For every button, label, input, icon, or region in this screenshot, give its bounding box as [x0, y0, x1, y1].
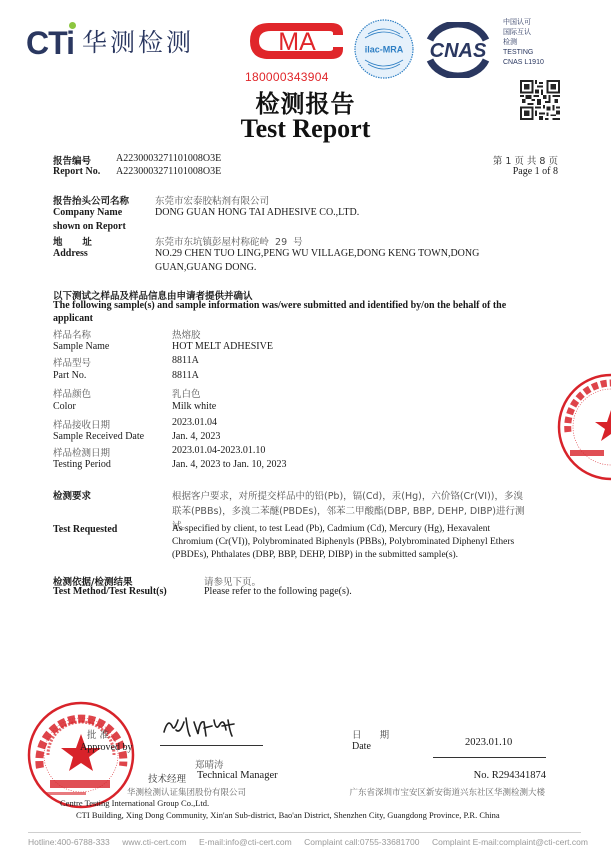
svg-text:CNAS: CNAS: [430, 40, 487, 62]
address-label-en: Address: [53, 248, 88, 259]
footer-hotline: Hotline:400-6788-333: [28, 837, 110, 847]
certificate-number: No. R294341874: [474, 770, 546, 781]
part-no-label-cn: 样品型号: [53, 355, 91, 369]
test-method-label-en: Test Method/Test Result(s): [53, 586, 167, 597]
footer-complaint-call: Complaint call:0755-33681700: [304, 837, 419, 847]
address-value-en-2: GUAN,GUANG DONG.: [155, 262, 256, 273]
cnas-side-line: 检测: [503, 38, 544, 48]
testing-period-value-en: Jan. 4, 2023 to Jan. 10, 2023: [172, 459, 286, 470]
cma-logo-icon: MA: [247, 17, 347, 65]
sample-name-value-cn: 热熔胶: [172, 327, 201, 341]
sample-intro-en-2: applicant: [53, 313, 93, 324]
report-no-value: A2230003271101008O3E: [116, 166, 221, 177]
footer-divider: [28, 832, 581, 833]
testing-period-label-cn: 样品检测日期: [53, 445, 110, 459]
test-requested-value-en-3: (PBDEs), Phthalates (DBP, BBP, DEHP, DIB…: [172, 550, 458, 560]
issuer-name-en: Centre Testing International Group Co.,L…: [60, 798, 209, 808]
sample-name-label-en: Sample Name: [53, 341, 109, 352]
test-requested-value-cn-1: 根据客户要求，对所提交样品中的铅(Pb)，镉(Cd)，汞(Hg)，六价铬(Cr(…: [172, 488, 523, 502]
report-no-value: A2230003271101008O3E: [116, 153, 221, 164]
company-value-en: DONG GUAN HONG TAI ADHESIVE CO.,LTD.: [155, 207, 359, 218]
test-requested-value-cn-2: 联苯(PBBs)，多溴二苯醚(PBDEs)，邻苯二甲酸酯(DBP, BBP, D…: [172, 503, 524, 517]
part-no-label-en: Part No.: [53, 370, 86, 381]
approved-by-label-en: Approved by: [80, 742, 133, 753]
sample-name-value-en: HOT MELT ADHESIVE: [172, 341, 273, 352]
report-no-label-en: Report No.: [53, 166, 100, 177]
test-requested-label-en: Test Requested: [53, 524, 117, 535]
company-value-cn: 东莞市宏泰胶粘剂有限公司: [155, 193, 269, 207]
inspection-seal-stamp-icon: [556, 372, 611, 482]
page-indicator-cn: 第 1 页 共 8 页: [493, 153, 558, 167]
color-label-cn: 样品颜色: [53, 386, 91, 400]
report-no-label-cn: 报告编号: [53, 153, 91, 167]
test-requested-value-en-1: As specified by client, to test Lead (Pb…: [172, 524, 490, 534]
svg-text:MA: MA: [278, 28, 316, 56]
cti-logo: CTi 华测检测: [26, 25, 194, 61]
test-method-value-en: Please refer to the following page(s).: [204, 586, 352, 597]
cti-logo-dot-icon: [69, 22, 76, 29]
report-title-en: Test Report: [0, 114, 611, 144]
signature-icon: [160, 712, 240, 742]
received-date-label-en: Sample Received Date: [53, 431, 144, 442]
footer-contact-bar: Hotline:400-6788-333 www.cti-cert.com E-…: [28, 837, 588, 847]
date-line: [433, 757, 546, 758]
part-no-value-cn: 8811A: [172, 355, 199, 366]
signature-line: [160, 745, 263, 746]
color-value-en: Milk white: [172, 401, 216, 412]
company-label-en: Company Name: [53, 207, 122, 218]
issuer-address-cn: 广东省深圳市宝安区新安街道兴东社区华测检测大楼: [349, 786, 545, 798]
issuer-name-cn: 华测检测认证集团股份有限公司: [127, 786, 246, 798]
company-seal-stamp-icon: [26, 700, 136, 810]
footer-website-link[interactable]: www.cti-cert.com: [122, 837, 186, 847]
color-value-cn: 乳白色: [172, 386, 201, 400]
approved-by-label-cn: 批 准: [87, 727, 109, 741]
approver-title-cn: 技术经理: [148, 771, 186, 785]
color-label-en: Color: [53, 401, 76, 412]
approver-title-en: Technical Manager: [197, 770, 278, 781]
footer-email-link[interactable]: E-mail:info@cti-cert.com: [199, 837, 292, 847]
cnas-side-line: 国际互认: [503, 28, 544, 38]
test-requested-value-en-2: Chromium (Cr(VI)), Polybrominated Biphen…: [172, 537, 514, 547]
cnas-logo-icon: CNAS: [422, 22, 494, 78]
received-date-label-cn: 样品接收日期: [53, 417, 110, 431]
approval-date-value: 2023.01.10: [465, 737, 512, 748]
received-date-value-en: Jan. 4, 2023: [172, 431, 220, 442]
cma-number: 180000343904: [245, 70, 329, 84]
part-no-value-en: 8811A: [172, 370, 199, 381]
cnas-side-line: TESTING: [503, 48, 544, 58]
cti-logo-cn: 华测检测: [82, 25, 194, 61]
date-label-en: Date: [352, 741, 371, 752]
issuer-address-en: CTI Building, Xing Dong Community, Xin'a…: [76, 810, 500, 820]
cnas-side-line: 中国认可: [503, 18, 544, 28]
testing-period-value-cn: 2023.01.04-2023.01.10: [172, 445, 265, 456]
testing-period-label-en: Testing Period: [53, 459, 111, 470]
address-value-cn: 东莞市东坑镇彭屋村称砣岭 29 号: [155, 234, 303, 248]
test-requested-label-cn: 检测要求: [53, 488, 91, 502]
svg-text:ilac-MRA: ilac-MRA: [365, 45, 404, 55]
footer-complaint-email-link[interactable]: Complaint E-mail:complaint@cti-cert.com: [432, 837, 588, 847]
sample-intro-en: The following sample(s) and sample infor…: [53, 300, 506, 311]
address-label-cn: 地 址: [53, 234, 92, 248]
approver-name: 郑晴涛: [195, 757, 224, 771]
received-date-value-cn: 2023.01.04: [172, 417, 217, 428]
page-indicator-en: Page 1 of 8: [513, 166, 558, 177]
cti-logo-text: CTi: [26, 25, 74, 61]
ilac-mra-logo-icon: ilac-MRA: [353, 18, 415, 80]
cnas-side-line: CNAS L1910: [503, 58, 544, 68]
company-label-en-2: shown on Report: [53, 221, 126, 232]
cnas-accreditation-text: 中国认可 国际互认 检测 TESTING CNAS L1910: [503, 18, 544, 68]
company-label-cn: 报告抬头公司名称: [53, 193, 129, 207]
date-label-cn: 日 期: [352, 727, 389, 741]
address-value-en-1: NO.29 CHEN TUO LING,PENG WU VILLAGE,DONG…: [155, 248, 479, 259]
sample-name-label-cn: 样品名称: [53, 327, 91, 341]
